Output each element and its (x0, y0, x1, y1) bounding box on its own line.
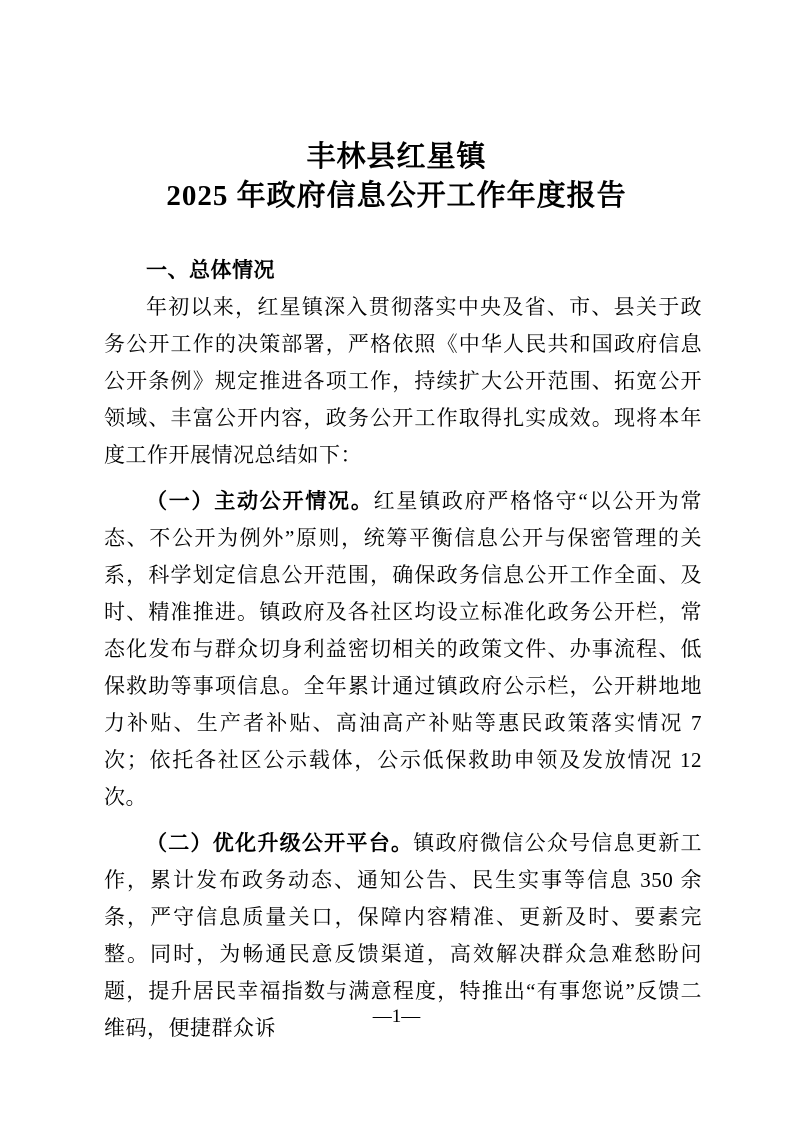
document-title: 丰林县红星镇 2025 年政府信息公开工作年度报告 (0, 138, 793, 216)
document-title-line1: 丰林县红星镇 (0, 138, 793, 177)
document-title-line2: 2025 年政府信息公开工作年度报告 (0, 177, 793, 216)
page-number: —1— (0, 1003, 793, 1031)
paragraph-active-disclosure: （一）主动公开情况。红星镇政府严格恪守“以公开为常态、不公开为例外”原则，统筹平… (104, 483, 702, 816)
paragraph-overview: 年初以来，红星镇深入贯彻落实中央及省、市、县关于政务公开工作的决策部署，严格依照… (104, 289, 702, 474)
document-body: 一、总体情况 年初以来，红星镇深入贯彻落实中央及省、市、县关于政务公开工作的决策… (104, 252, 702, 1047)
section-heading-overview: 一、总体情况 (104, 252, 702, 289)
paragraph-active-disclosure-lead: （一）主动公开情况。 (146, 489, 374, 513)
paragraph-platform-upgrade-lead: （二）优化升级公开平台。 (146, 831, 413, 855)
document-page: 丰林县红星镇 2025 年政府信息公开工作年度报告 一、总体情况 年初以来，红星… (0, 0, 793, 1122)
paragraph-active-disclosure-text: 红星镇政府严格恪守“以公开为常态、不公开为例外”原则，统筹平衡信息公开与保密管理… (104, 489, 702, 809)
